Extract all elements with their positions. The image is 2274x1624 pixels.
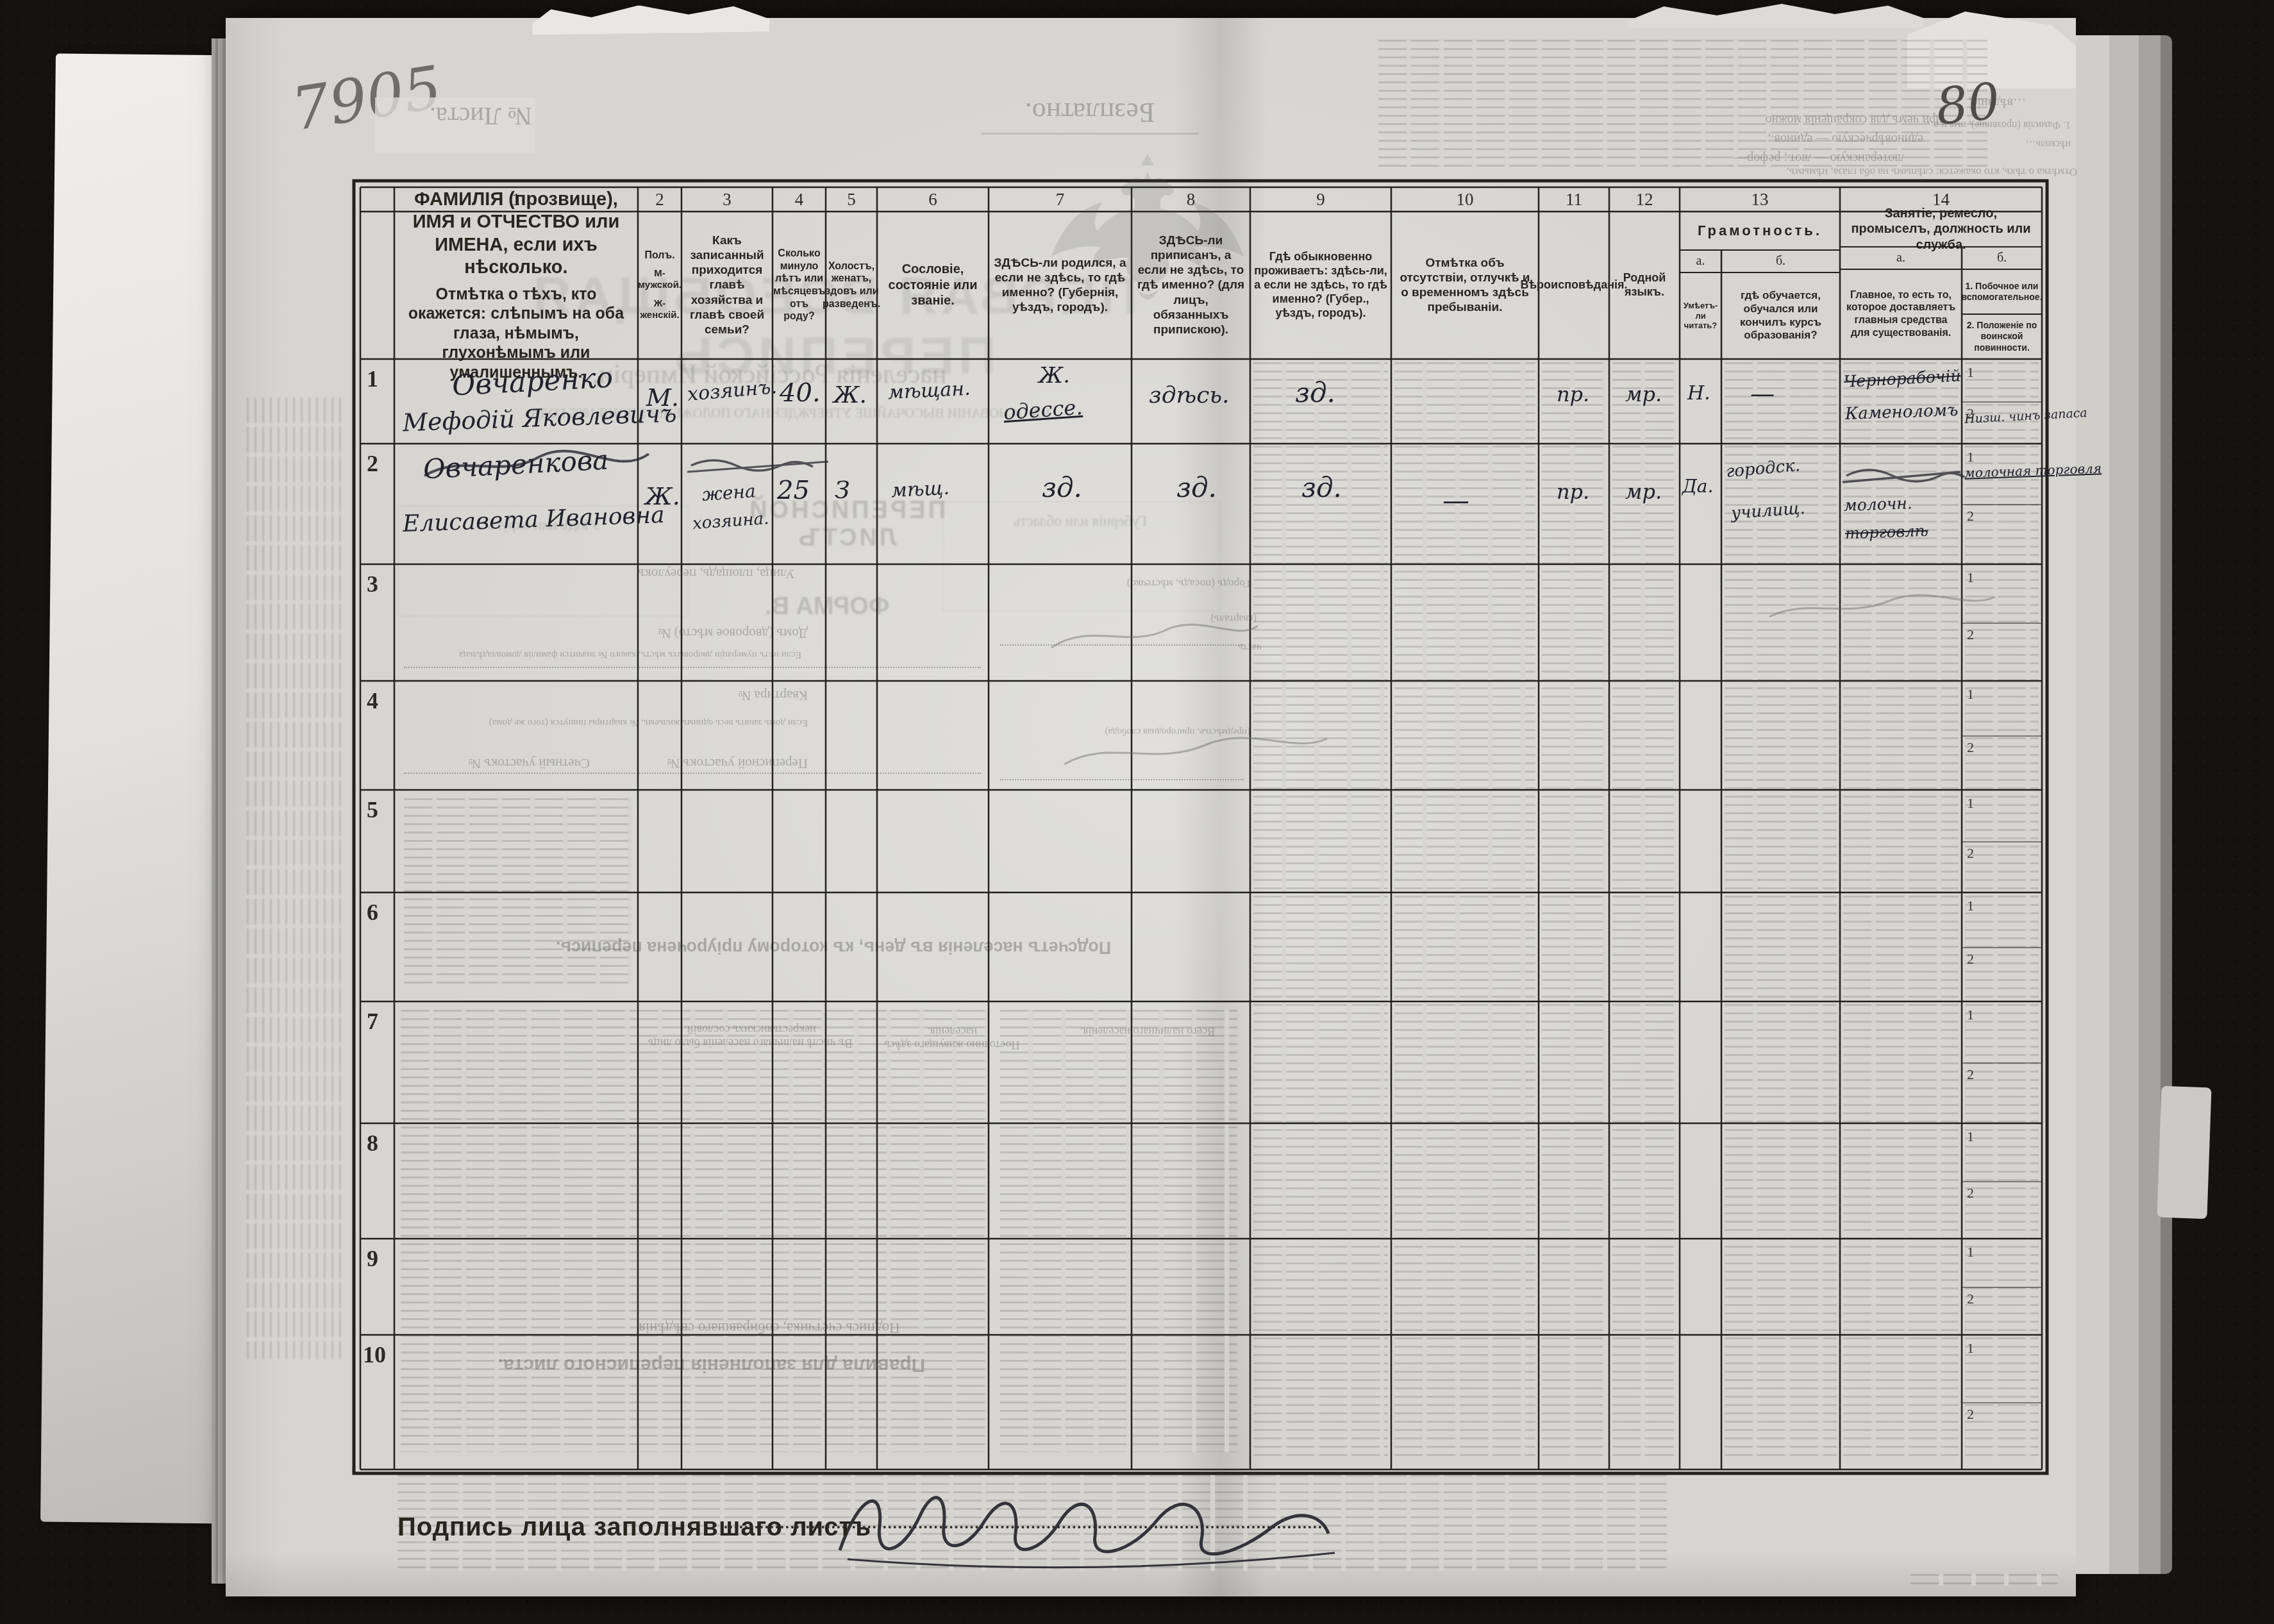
occupation-subrow-number: 1 <box>1967 449 1974 465</box>
header-sex-column: Полъ. М-мужской. Ж-женскій. <box>638 212 681 359</box>
entry-registration: зд. <box>1176 472 1217 503</box>
row-number: 10 <box>363 1341 386 1368</box>
occupation-subrow-divider <box>1962 623 2042 624</box>
row-number: 3 <box>367 571 378 598</box>
entry-literacy-education: — <box>1750 380 1775 408</box>
signature-scribble <box>840 1498 1335 1568</box>
header-literacy-title: Грамотность. <box>1680 212 1840 250</box>
entry-estate: мѣщ. <box>890 477 950 503</box>
entry-sex: М. <box>646 383 679 412</box>
header-occupation-sub-b-label: б. <box>1962 247 2042 269</box>
entry-occupation: Каменоломъ <box>1845 401 1959 424</box>
scanned-census-sheet: 7905 80 № Листа. Безплатно. при чемъ для… <box>0 0 2274 1624</box>
row-number: 4 <box>367 687 378 714</box>
occupation-subrow-divider <box>1962 735 2042 737</box>
col-number-10: 10 <box>1391 187 1539 212</box>
col-number-11: 11 <box>1539 187 1609 212</box>
occupation-subrow-divider <box>1962 841 2042 842</box>
header-birthplace-column: ЗДѢСЬ-ли родился, а если не здѣсь, то гд… <box>989 212 1132 359</box>
entry-birthplace: Ж. <box>1039 363 1070 389</box>
entry-birthplace: зд. <box>1042 472 1082 503</box>
header-language-column: Родной языкъ. <box>1609 212 1680 359</box>
occupation-subrow-number: 1 <box>1967 364 1974 381</box>
occupation-subrow-number: 1 <box>1967 1340 1974 1357</box>
crossed-out-scribble <box>1843 470 1964 482</box>
occupation-subrow-divider <box>1962 947 2042 948</box>
occupation-subrow-number: 1 <box>1967 1244 1974 1260</box>
crossed-out-scribble <box>687 460 828 472</box>
col-number-2: 2 <box>638 187 681 212</box>
col-number-6: 6 <box>877 187 989 212</box>
entry-language: мр. <box>1625 382 1662 406</box>
header-occupation-military: 2. Положеніе по воинской повинности. <box>1962 314 2042 359</box>
occupation-subrow-number: 2 <box>1967 626 1974 643</box>
row-number: 8 <box>367 1130 378 1157</box>
entry-sex: Ж. <box>645 482 680 510</box>
occupation-subrow-number: 1 <box>1967 686 1974 703</box>
entry-age: 25 <box>777 476 810 505</box>
entry-marital: Ж. <box>833 382 867 408</box>
col-number-4: 4 <box>773 187 826 212</box>
header-occupation-title: Занятіе, ремесло, промыселъ, должность и… <box>1840 212 2042 247</box>
entry-residence: зд. <box>1301 472 1342 503</box>
header-name-main: ФАМИЛІЯ (прозвище), ИМЯ и ОТЧЕСТВО или И… <box>398 188 634 280</box>
col-number-3: 3 <box>681 187 773 212</box>
occupation-subrow-number: 2 <box>1967 1291 1974 1307</box>
occupation-subrow-number: 2 <box>1967 951 1974 967</box>
occupation-subrow-number: 1 <box>1967 795 1974 812</box>
row-number: 5 <box>367 796 378 823</box>
header-estate-column: Сословіе, состояніе или званіе. <box>877 212 989 359</box>
entry-registration: здѣсь. <box>1149 382 1229 408</box>
header-literacy-read: Умѣетъ-ли читать? <box>1680 272 1721 359</box>
col-number-13: 13 <box>1680 187 1840 212</box>
occupation-subrow-number: 1 <box>1967 1007 1974 1023</box>
col-number-12: 12 <box>1609 187 1680 212</box>
header-literacy-sub-a-label: а. <box>1680 250 1721 272</box>
header-name-column: ФАМИЛІЯ (прозвище), ИМЯ и ОТЧЕСТВО или И… <box>394 212 638 359</box>
occupation-subrow-number: 2 <box>1967 508 1974 524</box>
header-religion-column: Вѣроисповѣданія. <box>1539 212 1609 359</box>
col-number-5: 5 <box>826 187 877 212</box>
header-marital-column: Холостъ, женатъ, вдовъ или разведенъ. <box>826 212 877 359</box>
occupation-subrow-number: 1 <box>1967 1128 1974 1145</box>
entry-religion: пр. <box>1557 480 1589 504</box>
header-registration-column: ЗДѢСЬ-ли приписанъ, а если не здѣсь, то … <box>1132 212 1250 359</box>
entry-occupation-crossed: торговлѣ <box>1845 522 1928 543</box>
occupation-subrow-divider <box>1962 1181 2042 1182</box>
row-number: 6 <box>367 899 378 926</box>
signature-dotted-line <box>724 1526 1327 1528</box>
entry-language: мр. <box>1625 480 1662 504</box>
occupation-subrow-divider <box>1962 1287 2042 1288</box>
row-number: 1 <box>367 365 378 392</box>
col-number-7: 7 <box>989 187 1132 212</box>
col-number-9: 9 <box>1250 187 1391 212</box>
occupation-subrow-divider <box>1962 401 2042 403</box>
occupation-subrow-number: 2 <box>1967 1406 1974 1423</box>
occupation-subrow-divider <box>1962 1062 2042 1064</box>
entry-literacy-read: Н. <box>1687 382 1710 405</box>
occupation-subrow-number: 1 <box>1967 898 1974 914</box>
occupation-subrow-number: 2 <box>1967 1185 1974 1201</box>
header-relation-column: Какъ записанный приходится главѣ хозяйст… <box>681 212 773 359</box>
entry-relation: жена <box>701 480 757 505</box>
entry-absence: — <box>1442 485 1469 516</box>
row-number: 9 <box>367 1245 378 1272</box>
header-literacy-education: гдѣ обучается, обучался или кончилъ курс… <box>1721 272 1840 359</box>
header-sex-male: М-мужской. <box>638 268 681 292</box>
header-occupation-sub-a-label: а. <box>1840 247 1962 269</box>
occupation-subrow-number: 2 <box>1967 1066 1974 1083</box>
entry-marital: З <box>835 476 850 504</box>
col-number-8: 8 <box>1132 187 1250 212</box>
header-occupation-main: Главное, то есть то, которое доставляетъ… <box>1840 269 1962 359</box>
occupation-subrow-number: 1 <box>1967 569 1974 586</box>
entry-religion: пр. <box>1557 382 1589 406</box>
row-number: 7 <box>367 1008 378 1035</box>
header-absence-column: Отмѣтка объ отсутствіи, отлучкѣ и о врем… <box>1391 212 1539 359</box>
photo-backdrop: { "annotations": { "sheet_no_handwritten… <box>0 0 2274 1624</box>
entry-literacy-read: Да. <box>1682 476 1713 497</box>
header-sex-title: Полъ. <box>644 249 674 262</box>
occupation-subrow-divider <box>1962 1402 2042 1403</box>
entry-estate: мѣщан. <box>887 378 971 405</box>
row-number: 2 <box>367 450 378 477</box>
entry-occupation: молочн. <box>1844 494 1913 515</box>
occupation-subrow-number: 2 <box>1967 845 1974 862</box>
header-residence-column: Гдѣ обыкновенно проживаетъ: здѣсь-ли, а … <box>1250 212 1391 359</box>
entry-age: 40. <box>780 378 821 408</box>
header-occupation-side: 1. Побочное или вспомогательное. <box>1962 269 2042 314</box>
entry-residence: зд. <box>1295 377 1335 408</box>
header-sex-female: Ж-женскій. <box>640 298 679 322</box>
occupation-subrow-divider <box>1962 504 2042 505</box>
header-age-column: Сколько минуло лѣтъ или мѣсяцевъ отъ род… <box>773 212 826 359</box>
occupation-subrow-number: 2 <box>1967 739 1974 756</box>
header-literacy-sub-b-label: б. <box>1721 250 1840 272</box>
